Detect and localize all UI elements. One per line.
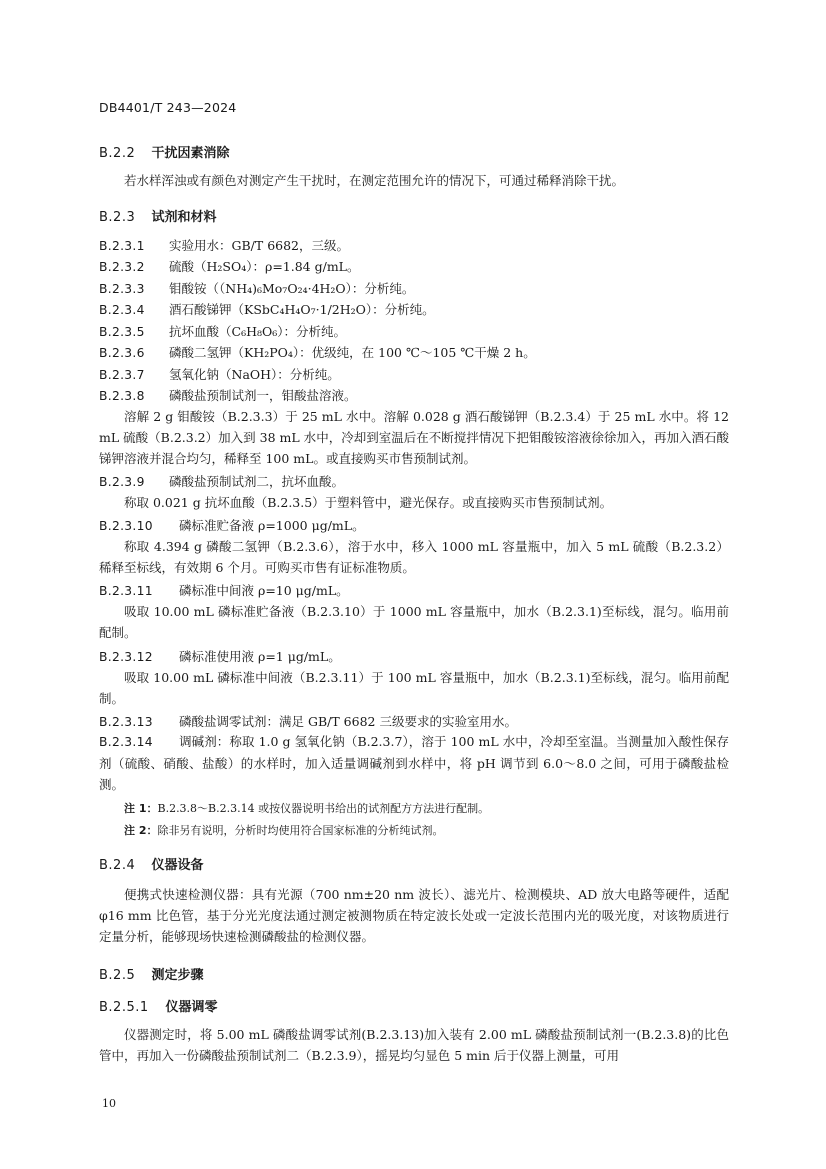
section-title: 测定步骤 [152,968,204,983]
paragraph-b23310: 称取 4.394 g 磷酸二氢钾（B.2.3.6），溶于水中，移入 1000 m… [99,536,729,578]
item-number: B.2.3.9 [99,475,169,489]
item-number: B.2.3.4 [99,303,169,317]
item-number: B.2.3.13 [99,715,179,729]
section-title: 仪器设备 [152,858,204,873]
item-number: B.2.3.12 [99,650,179,664]
item-number: B.2.3.11 [99,584,179,598]
section-heading-b24: B.2.4 仪器设备 [99,854,204,873]
item-number: B.2.3.7 [99,368,169,382]
item-text: 硫酸（H₂SO₄）：ρ=1.84 g/mL。 [169,259,359,274]
paragraph-b2339: 称取 0.021 g 抗坏血酸（B.2.3.5）于塑料管中，避光保存。或直接购买… [99,492,729,513]
item-text: 酒石酸锑钾（KSbC₄H₄O₇·1/2H₂O）：分析纯。 [169,302,435,317]
item-text: 磷标准中间液 ρ=10 μg/mL。 [179,583,349,598]
list-item-b2332: B.2.3.2硫酸（H₂SO₄）：ρ=1.84 g/mL。 [99,257,359,275]
item-text: 磷酸二氢钾（KH₂PO₄）：优级纯，在 100 ℃～105 ℃干燥 2 h。 [169,345,536,360]
paragraph-b23311: 吸取 10.00 mL 磷标准贮备液（B.2.3.10）于 1000 mL 容量… [99,601,729,643]
item-text: 磷酸盐预制试剂二，抗坏血酸。 [169,474,344,489]
paragraph-b22: 若水样浑浊或有颜色对测定产生干扰时，在测定范围允许的情况下，可通过稀释消除干扰。 [99,170,729,191]
section-title: 仪器调零 [166,1000,218,1015]
paragraph-b251: 仪器测定时，将 5.00 mL 磷酸盐调零试剂(B.2.3.13)加入装有 2.… [99,1024,729,1066]
section-heading-b22: B.2.2 干扰因素消除 [99,142,230,161]
section-number: B.2.5.1 [99,1000,161,1015]
list-item-b2339: B.2.3.9磷酸盐预制试剂二，抗坏血酸。 [99,472,344,490]
item-text: 磷标准使用液 ρ=1 μg/mL。 [179,649,341,664]
note-text: B.2.3.8～B.2.3.14 或按仪器说明书给出的试剂配方方法进行配制。 [157,802,489,815]
page-number: 10 [102,1097,116,1110]
section-heading-b25: B.2.5 测定步骤 [99,964,204,983]
section-number: B.2.4 [99,858,147,873]
section-number: B.2.2 [99,146,147,161]
item-text: 磷酸盐调零试剂：满足 GB/T 6682 三级要求的实验室用水。 [179,714,517,729]
item-text: 钼酸铵（（NH₄)₆Mo₇O₂₄·4H₂O）：分析纯。 [169,281,414,296]
item-number: B.2.3.5 [99,325,169,339]
paragraph-b2338: 溶解 2 g 钼酸铵（B.2.3.3）于 25 mL 水中。溶解 0.028 g… [99,406,729,469]
item-text: 磷标准贮备液 ρ=1000 μg/mL。 [179,518,365,533]
note-2: 注 2：除非另有说明，分析时均使用符合国家标准的分析纯试剂。 [124,822,443,838]
item-number: B.2.3.1 [99,239,169,253]
note-1: 注 1：B.2.3.8～B.2.3.14 或按仪器说明书给出的试剂配方方法进行配… [124,800,489,816]
list-item-b2337: B.2.3.7氢氧化钠（NaOH）：分析纯。 [99,365,340,383]
section-title: 试剂和材料 [152,210,217,225]
section-number: B.2.3 [99,210,147,225]
item-text: 磷酸盐预制试剂一，钼酸盐溶液。 [169,388,357,403]
list-item-b2334: B.2.3.4酒石酸锑钾（KSbC₄H₄O₇·1/2H₂O）：分析纯。 [99,300,435,318]
document-id: DB4401/T 243—2024 [99,100,236,115]
item-text: 调碱剂：称取 1.0 g 氢氧化钠（B.2.3.7），溶于 100 mL 水中，… [99,734,729,792]
paragraph-b24: 便携式快速检测仪器：具有光源（700 nm±20 nm 波长）、滤光片、检测模块… [99,884,729,947]
list-item-b2336: B.2.3.6磷酸二氢钾（KH₂PO₄）：优级纯，在 100 ℃～105 ℃干燥… [99,343,536,361]
list-item-b2335: B.2.3.5抗坏血酸（C₆H₈O₆）：分析纯。 [99,322,346,340]
note-label: 注 1： [124,802,157,815]
item-number: B.2.3.6 [99,346,169,360]
item-text: 氢氧化钠（NaOH）：分析纯。 [169,367,340,382]
note-label: 注 2： [124,824,157,837]
list-item-b2338: B.2.3.8磷酸盐预制试剂一，钼酸盐溶液。 [99,386,357,404]
section-heading-b251: B.2.5.1 仪器调零 [99,996,218,1015]
paragraph-b23314: B.2.3.14调碱剂：称取 1.0 g 氢氧化钠（B.2.3.7），溶于 10… [99,731,729,795]
section-number: B.2.5 [99,968,147,983]
note-text: 除非另有说明，分析时均使用符合国家标准的分析纯试剂。 [157,824,443,837]
document-page: DB4401/T 243—2024 B.2.2 干扰因素消除 若水样浑浊或有颜色… [0,0,826,1169]
list-item-b23312: B.2.3.12磷标准使用液 ρ=1 μg/mL。 [99,647,341,665]
item-number: B.2.3.10 [99,519,179,533]
item-number: B.2.3.2 [99,260,169,274]
section-title: 干扰因素消除 [152,146,230,161]
section-heading-b23: B.2.3 试剂和材料 [99,206,217,225]
list-item-b2331: B.2.3.1实验用水：GB/T 6682，三级。 [99,236,349,254]
list-item-b23310: B.2.3.10磷标准贮备液 ρ=1000 μg/mL。 [99,516,365,534]
item-text: 抗坏血酸（C₆H₈O₆）：分析纯。 [169,324,346,339]
list-item-b2333: B.2.3.3钼酸铵（（NH₄)₆Mo₇O₂₄·4H₂O）：分析纯。 [99,279,414,297]
list-item-b23311: B.2.3.11磷标准中间液 ρ=10 μg/mL。 [99,581,349,599]
item-number: B.2.3.3 [99,282,169,296]
list-item-b23313: B.2.3.13磷酸盐调零试剂：满足 GB/T 6682 三级要求的实验室用水。 [99,712,517,730]
item-text: 实验用水：GB/T 6682，三级。 [169,238,349,253]
paragraph-b23312: 吸取 10.00 mL 磷标准中间液（B.2.3.11）于 100 mL 容量瓶… [99,667,729,709]
item-number: B.2.3.8 [99,389,169,403]
item-number: B.2.3.14 [99,732,179,753]
